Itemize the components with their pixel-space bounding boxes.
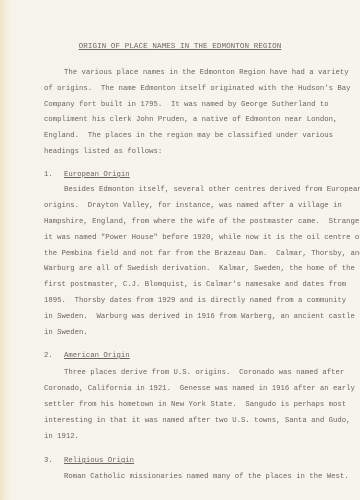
intro-line: headings listed as follows: — [44, 147, 162, 157]
section-line: Three places derive from U.S. origins. C… — [64, 368, 344, 378]
section-line: interesting in that it was named after t… — [44, 416, 351, 426]
section-line: Coronado, California in 1921. Genesse wa… — [44, 384, 355, 394]
intro-line: of origins. The name Edmonton itself ori… — [44, 84, 351, 94]
section-line: in Sweden. Warburg was derived in 1916 f… — [44, 312, 355, 322]
section-line: first postmaster, C.J. Blomquist, is Cal… — [44, 280, 346, 290]
section-line: Roman Catholic missionaries named many o… — [64, 472, 349, 482]
section-line: origins. Drayton Valley, for instance, w… — [44, 201, 342, 211]
section-line: in 1912. — [44, 432, 79, 442]
intro-line: compliment his clerk John Pruden, a nati… — [44, 115, 337, 125]
intro-line: England. The places in the region may be… — [44, 131, 333, 141]
section-line: it was named "Power House" before 1920, … — [44, 233, 360, 243]
section-number: 1. — [44, 170, 53, 180]
section-line: Warburg are all of Swedish derivation. K… — [44, 264, 355, 274]
section-line: in Sweden. — [44, 328, 88, 338]
section-line: the Pembina field and not far from the B… — [44, 249, 360, 259]
section-line: Besides Edmonton itself, several other c… — [64, 185, 360, 195]
section-line: Hampshire, England, from where the wife … — [44, 217, 360, 227]
section-heading: Religious Origin — [64, 456, 134, 466]
document-title: ORIGIN OF PLACE NAMES IN THE EDMONTON RE… — [0, 43, 360, 51]
intro-line: Company fort built in 1795. It was named… — [44, 100, 329, 110]
section-heading: American Origin — [64, 351, 130, 361]
document-page: ORIGIN OF PLACE NAMES IN THE EDMONTON RE… — [0, 0, 360, 500]
intro-line: The various place names in the Edmonton … — [64, 68, 349, 78]
section-line: 1895. Thorsby dates from 1929 and is dir… — [44, 296, 346, 306]
section-number: 2. — [44, 351, 53, 361]
section-heading: European Origin — [64, 170, 130, 180]
section-number: 3. — [44, 456, 53, 466]
section-line: settler from his hometown in New York St… — [44, 400, 346, 410]
